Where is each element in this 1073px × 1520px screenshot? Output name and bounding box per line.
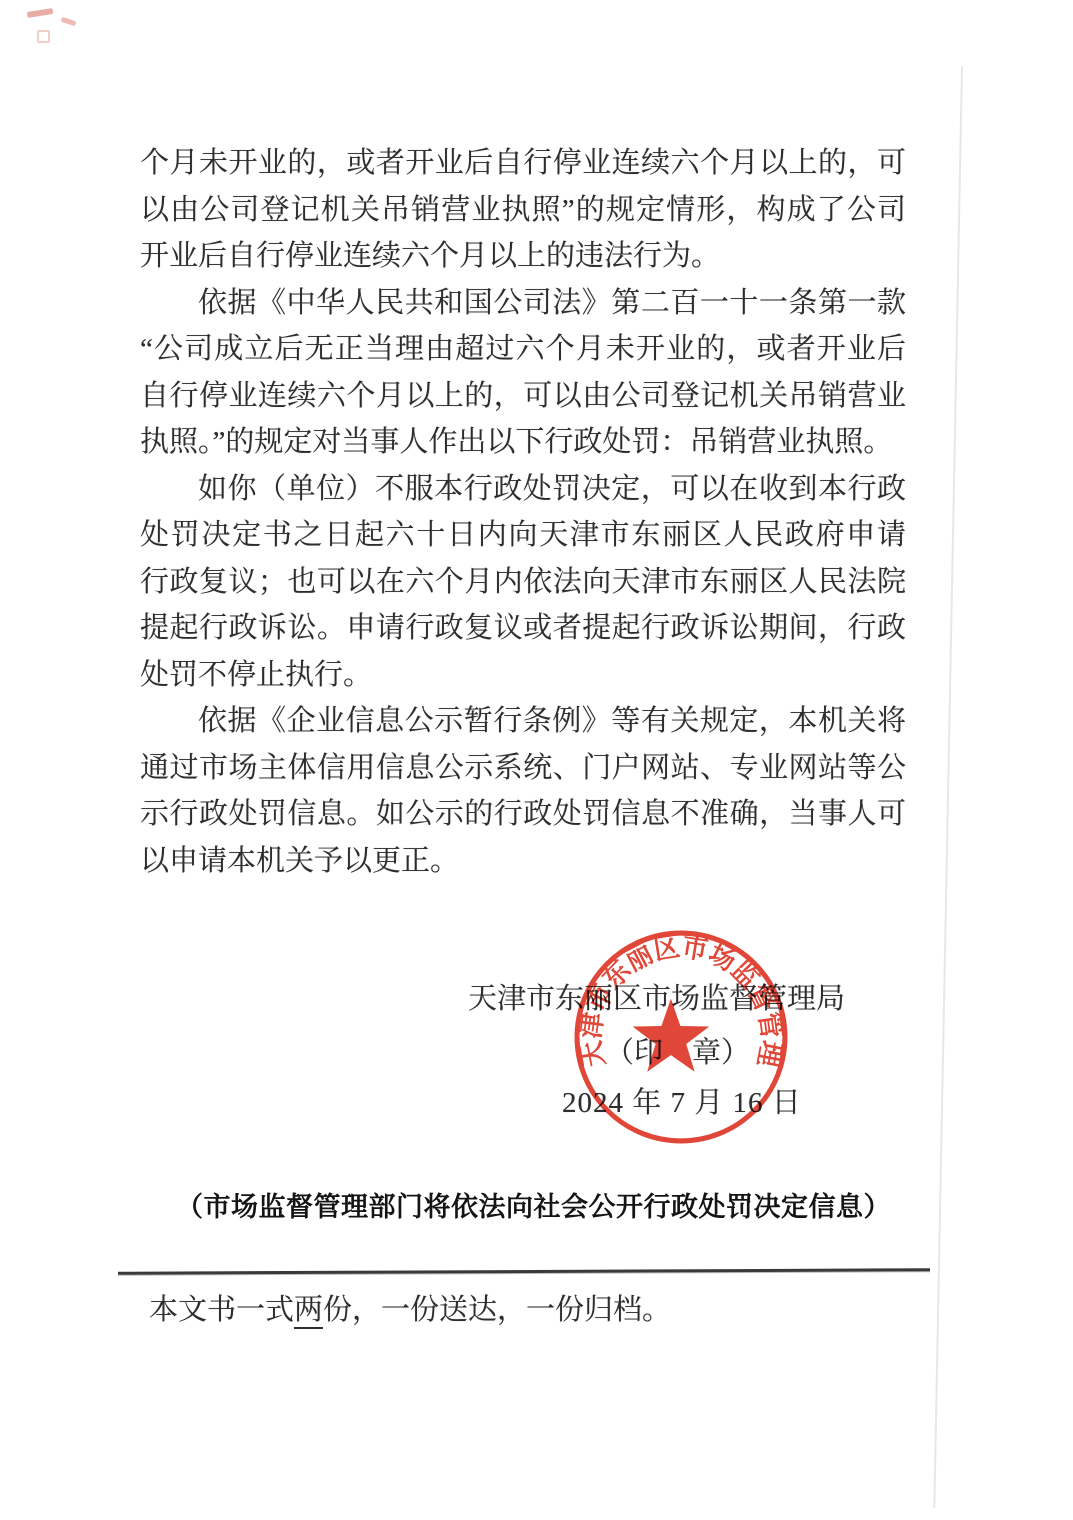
red-stamp-fragment [37,30,50,43]
body-line: “公司成立后无正当理由超过六个月未开业的，或者开业后 [140,326,906,373]
body-line: 开业后自行停业连续六个月以上的违法行为。 [140,233,906,280]
body-line: 通过市场主体信用信息公示系统、门户网站、专业网站等公 [140,745,906,792]
copies-note-suffix: 份，一份送达，一份归档。 [323,1294,671,1326]
body-line: 以由公司登记机关吊销营业执照”的规定情形，构成了公司 [140,187,906,234]
scanned-penalty-decision-page: 个月未开业的，或者开业后自行停业连续六个月以上的，可 以由公司登记机关吊销营业执… [0,0,1073,1520]
body-line: 依据《中华人民共和国公司法》第二百一十一条第一款 [140,280,906,327]
body-line: 处罚不停止执行。 [140,652,906,699]
body-line: 示行政处罚信息。如公示的行政处罚信息不准确，当事人可 [140,791,906,838]
copies-note-underlined: 两 [294,1294,323,1329]
body-line: 依据《企业信息公示暂行条例》等有关规定，本机关将 [140,698,906,745]
body-line: 以申请本机关予以更正。 [140,838,906,885]
public-disclosure-notice: （市场监督管理部门将依法向社会公开行政处罚决定信息） [176,1185,891,1224]
body-line: 提起行政诉讼。申请行政复议或者提起行政诉讼期间，行政 [140,605,906,652]
footer-divider-line [118,1268,930,1275]
star-icon [633,999,710,1072]
body-line: 自行停业连续六个月以上的，可以由公司登记机关吊销营业 [140,373,906,420]
copies-note-prefix: 本文书一式 [149,1294,294,1326]
body-line: 个月未开业的，或者开业后自行停业连续六个月以上的，可 [140,140,906,187]
body-line: 如你（单位）不服本行政处罚决定，可以在收到本行政 [140,466,906,513]
scan-edge-line [933,66,963,1508]
copies-note: 本文书一式两份，一份送达，一份归档。 [149,1287,671,1328]
red-stamp-fragment [27,8,54,18]
body-line: 行政复议；也可以在六个月内依法向天津市东丽区人民法院 [140,559,906,606]
official-seal: 天津市东丽区市场监督管理局 [572,928,790,1146]
document-body: 个月未开业的，或者开业后自行停业连续六个月以上的，可 以由公司登记机关吊销营业执… [140,140,906,884]
red-stamp-fragment [61,17,77,26]
body-line: 执照。”的规定对当事人作出以下行政处罚：吊销营业执照。 [140,419,906,466]
body-line: 处罚决定书之日起六十日内向天津市东丽区人民政府申请 [140,512,906,559]
